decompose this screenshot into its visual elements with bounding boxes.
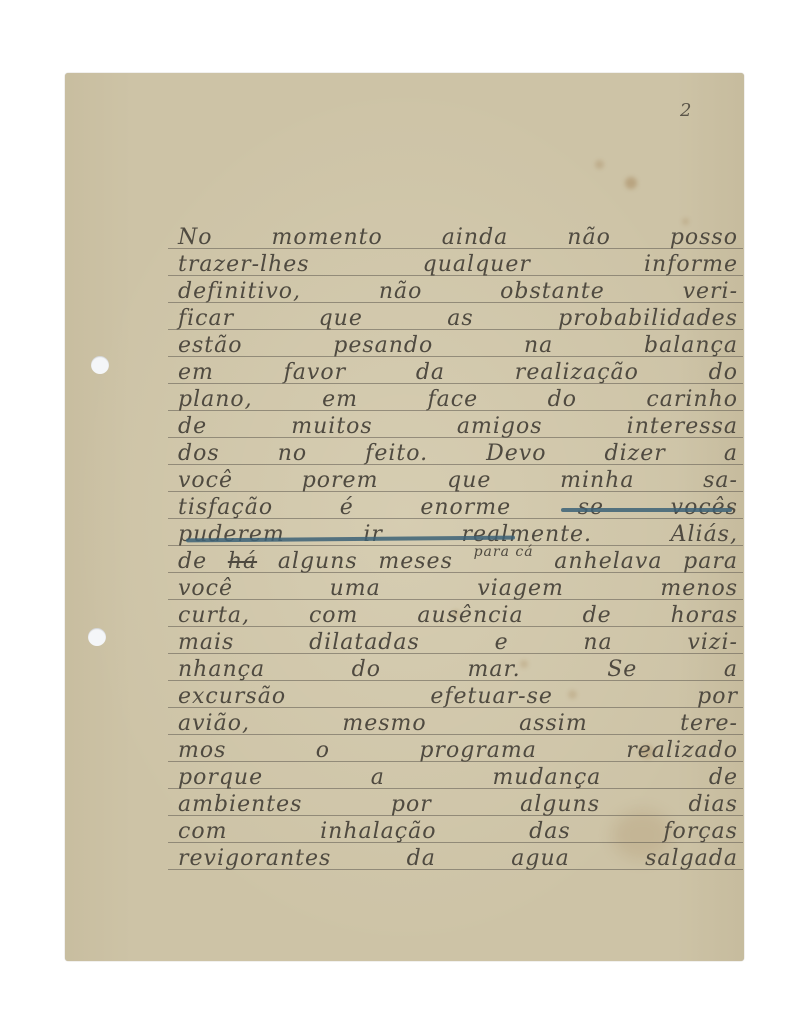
word: a [371,764,385,792]
word: carinho [646,386,738,414]
word: salgada [645,845,738,873]
word: revigorantes [178,845,331,873]
word: as [447,305,473,333]
text-line: avião,mesmoassimtere- [178,710,738,738]
text-line: cominhalaçãodasforças [178,818,738,846]
word: o [316,737,330,765]
word: realização [515,359,639,387]
word: dizer [605,440,666,468]
word: avião, [178,710,250,738]
word: alguns [520,791,600,819]
word: posso [670,224,738,252]
word: do [709,359,738,387]
word: Devo [486,440,546,468]
word: definitivo, [178,278,301,306]
word: ausência [417,602,523,630]
word: dos [178,440,220,468]
word: que [319,305,363,333]
word: Aliás, [671,521,738,549]
word: agua [511,845,569,873]
word: puderem [178,521,285,549]
word: com [309,602,358,630]
word: nhança [178,656,265,684]
text-line: curta,comausênciadehoras [178,602,738,630]
page-number: 2 [680,100,691,121]
word: não [567,224,611,252]
word: qualquer [423,251,531,279]
word: na [583,629,612,657]
word: horas [671,602,738,630]
word: pesando [333,332,433,360]
word: ir [363,521,383,549]
text-line: maisdilatadasenavizi- [178,629,738,657]
word: dilatadas [309,629,420,657]
text-line: trazer-lhesqualquerinforme [178,251,738,279]
word: trazer-lhes [178,251,310,279]
text-line: demuitosamigosinteressa [178,413,738,441]
text-line: Nomomentoaindanãoposso [178,224,738,252]
word: obstante [500,278,605,306]
punch-hole-top [91,356,109,374]
word: mar. [468,656,521,684]
word: de [178,548,207,576]
text-line: definitivo,nãoobstanteveri- [178,278,738,306]
word: há [228,548,257,576]
text-line: estãopesandonabalança [178,332,738,360]
word: de [709,764,738,792]
word: estão [178,332,243,360]
word: excursão [178,683,286,711]
word: em [322,386,358,414]
word: da [416,359,445,387]
word: a [724,440,738,468]
text-line: revigorantesdaaguasalgada [178,845,738,873]
word: minha [560,467,634,495]
word: mesmo [342,710,426,738]
word: ficar [178,305,234,333]
word: você [178,575,233,603]
word: mais [178,629,234,657]
word: mudança [492,764,601,792]
text-line: excursãoefetuar-sepor [178,683,738,711]
word: ambientes [178,791,302,819]
word: balança [644,332,738,360]
text-line: porqueamudançade [178,764,738,792]
word: feito. [365,440,428,468]
word: forças [663,818,738,846]
word: por [391,791,432,819]
word: tisfação [178,494,273,522]
text-line: deháalgunsmesespara cáanhelavapara [178,548,738,576]
word: da [407,845,436,873]
word: vizi- [687,629,738,657]
text-line: puderemirrealmente.Aliás, [178,521,738,549]
text-line: emfavordarealizaçãodo [178,359,738,387]
word: por [697,683,738,711]
word: tere- [680,710,738,738]
word: inhalação [320,818,436,846]
word: a [724,656,738,684]
word: meses [378,548,452,576]
word: para [683,548,738,576]
word: de [583,602,612,630]
word: na [524,332,553,360]
word: muitos [291,413,372,441]
word: No [178,224,213,252]
word: anhelava [554,548,662,576]
word: do [352,656,381,684]
foxing-stain [625,177,637,189]
word: dias [688,791,738,819]
word: assim [519,710,588,738]
text-line: nhançadomar.Sea [178,656,738,684]
word: você [178,467,233,495]
word: mos [178,737,226,765]
word: programa [419,737,537,765]
text-line: plano,emfacedocarinho [178,386,738,414]
word: informe [644,251,738,279]
word: que [447,467,491,495]
text-line: ambientesporalgunsdias [178,791,738,819]
word: momento [272,224,383,252]
word: alguns [278,548,358,576]
text-line: vocêumaviagemmenos [178,575,738,603]
text-line: vocêporemqueminhasa- [178,467,738,495]
word: ainda [442,224,509,252]
word: no [278,440,307,468]
word: amigos [457,413,543,441]
word: uma [330,575,381,603]
word: de [178,413,207,441]
word: em [178,359,214,387]
word: curta, [178,602,250,630]
word: porque [178,764,263,792]
word: viagem [477,575,564,603]
word: probabilidades [558,305,738,333]
word: realizado [626,737,738,765]
word: menos [660,575,738,603]
word: favor [284,359,346,387]
word: das [529,818,571,846]
word: porem [302,467,379,495]
word: enorme [420,494,511,522]
text-line: dosnofeito.Devodizera [178,440,738,468]
word: face [428,386,479,414]
punch-hole-bottom [88,628,106,646]
word: sa- [703,467,738,495]
word: veri- [683,278,738,306]
word: interessa [627,413,738,441]
word: Se [607,656,637,684]
word: efetuar-se [430,683,553,711]
blue-pencil-underline [561,508,732,512]
foxing-stain [595,160,604,169]
word: com [178,818,227,846]
word: plano, [178,386,253,414]
word: para cá [474,538,534,566]
word: é [340,494,354,522]
word: e [495,629,509,657]
word: do [548,386,577,414]
word: não [379,278,423,306]
text-line: mosoprogramarealizado [178,737,738,765]
text-line: ficarqueasprobabilidades [178,305,738,333]
